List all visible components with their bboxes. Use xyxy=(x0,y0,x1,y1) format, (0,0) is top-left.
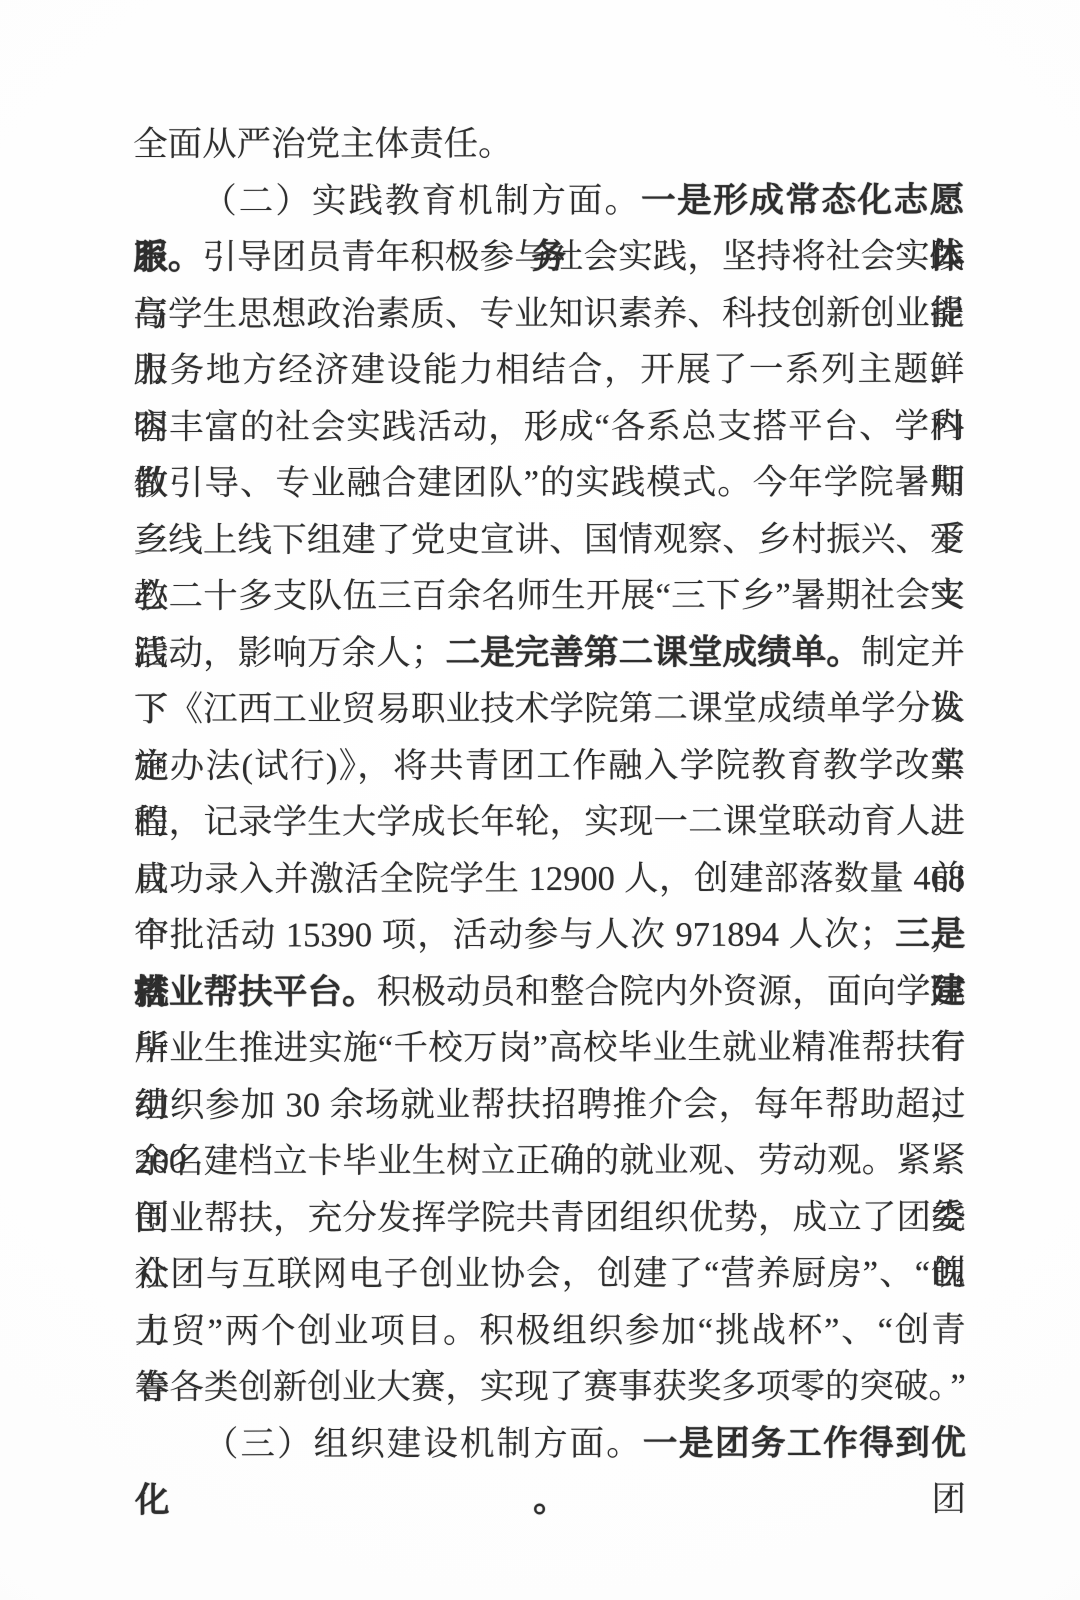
text-line: 了《江西工业贸易职业技术学院第二课堂成绩单学分认定实 xyxy=(134,680,965,738)
text-line: 等各类创新创业大赛，实现了赛事获奖多项零的突破。 xyxy=(135,1358,966,1416)
text-block: 全面从严治党主体责任。（二）实践教育机制方面。一是形成常态化志愿服务体系。引导团… xyxy=(133,115,966,1472)
text-line: 就业帮扶平台。积极动员和整合院内外资源，面向学院所有 xyxy=(134,963,965,1021)
text-run: 全面从严治党主体责任。 xyxy=(133,125,513,164)
document-page: 全面从严治党主体责任。（二）实践教育机制方面。一是形成常态化志愿服务体系。引导团… xyxy=(0,0,1080,1600)
text-run: 审批活动 15390 项，活动参与人次 971894 人次； xyxy=(134,916,894,955)
text-line: 系。引导团员青年积极参与社会实践，坚持将社会实践与提 xyxy=(133,228,964,286)
text-line: 余名建档立卡毕业生树立正确的就业观、劳动观。紧紧围绕 xyxy=(134,1132,965,1190)
text-run: 活动，影响万余人； xyxy=(134,634,446,672)
text-run: 团 xyxy=(931,1480,966,1518)
text-line: 乡线上线下组建了党史宣讲、国情观察、乡村振兴、爱心支 xyxy=(134,511,965,569)
section-heading-run: （三）组织建设机制方面。 xyxy=(204,1424,643,1463)
text-line: 审批活动 15390 项，活动参与人次 971894 人次；三是搭建 xyxy=(134,906,965,964)
bold-text-run: 二是完善第二课堂成绩单。 xyxy=(445,633,861,672)
text-line: 毕业生推进实施“千校万岗”高校毕业生就业精准帮扶行动， xyxy=(134,1019,965,1077)
text-line: 高学生思想政治素质、专业知识素养、科技创新创业能力、 xyxy=(133,285,964,343)
bold-text-run: 就业帮扶平台。 xyxy=(134,973,376,1011)
text-line: 活动，影响万余人；二是完善第二课堂成绩单。制定并下发 xyxy=(134,624,965,682)
bold-text-run: 系。 xyxy=(133,238,202,276)
text-line: 程，记录学生大学成长年轮，实现一二课堂联动育人。目前 xyxy=(134,793,965,851)
text-line: 服务地方经济建设能力相结合，开展了一系列主题鲜明、内 xyxy=(133,341,964,399)
text-line: 全面从严治党主体责任。 xyxy=(133,115,964,173)
text-line: 做引导、专业融合建团队”的实践模式。今年学院暑期三下 xyxy=(134,454,965,512)
text-line: 容丰富的社会实践活动，形成“各系总支搭平台、学科教师 xyxy=(133,398,964,456)
text-line: 工贸”两个创业项目。积极组织参加“挑战杯”、“创青春” xyxy=(135,1302,966,1360)
section-heading-run: （二）实践教育机制方面。 xyxy=(202,181,641,220)
text-run: 等各类创新创业大赛，实现了赛事获奖多项零的突破。 xyxy=(135,1367,963,1406)
text-line: 成功录入并激活全院学生 12900 人，创建部落数量 468 个， xyxy=(134,850,965,908)
text-line: 教二十多支队伍三百余名师生开展“三下乡”暑期社会实践 xyxy=(134,567,965,625)
text-line: 创业帮扶，充分发挥学院共青团组织优势，成立了团委众创 xyxy=(135,1189,966,1247)
text-line: 社团与互联网电子创业协会，创建了“营养厨房”、“魄力 xyxy=(135,1245,966,1303)
text-line: （三）组织建设机制方面。一是团务工作得到优化。团 xyxy=(135,1415,966,1473)
text-line: 施办法(试行)》，将共青团工作融入学院教育教学改革的进 xyxy=(134,737,965,795)
text-line: 组织参加 30 余场就业帮扶招聘推介会，每年帮助超过 200 xyxy=(134,1076,965,1134)
text-line: （二）实践教育机制方面。一是形成常态化志愿服务体 xyxy=(133,172,964,230)
